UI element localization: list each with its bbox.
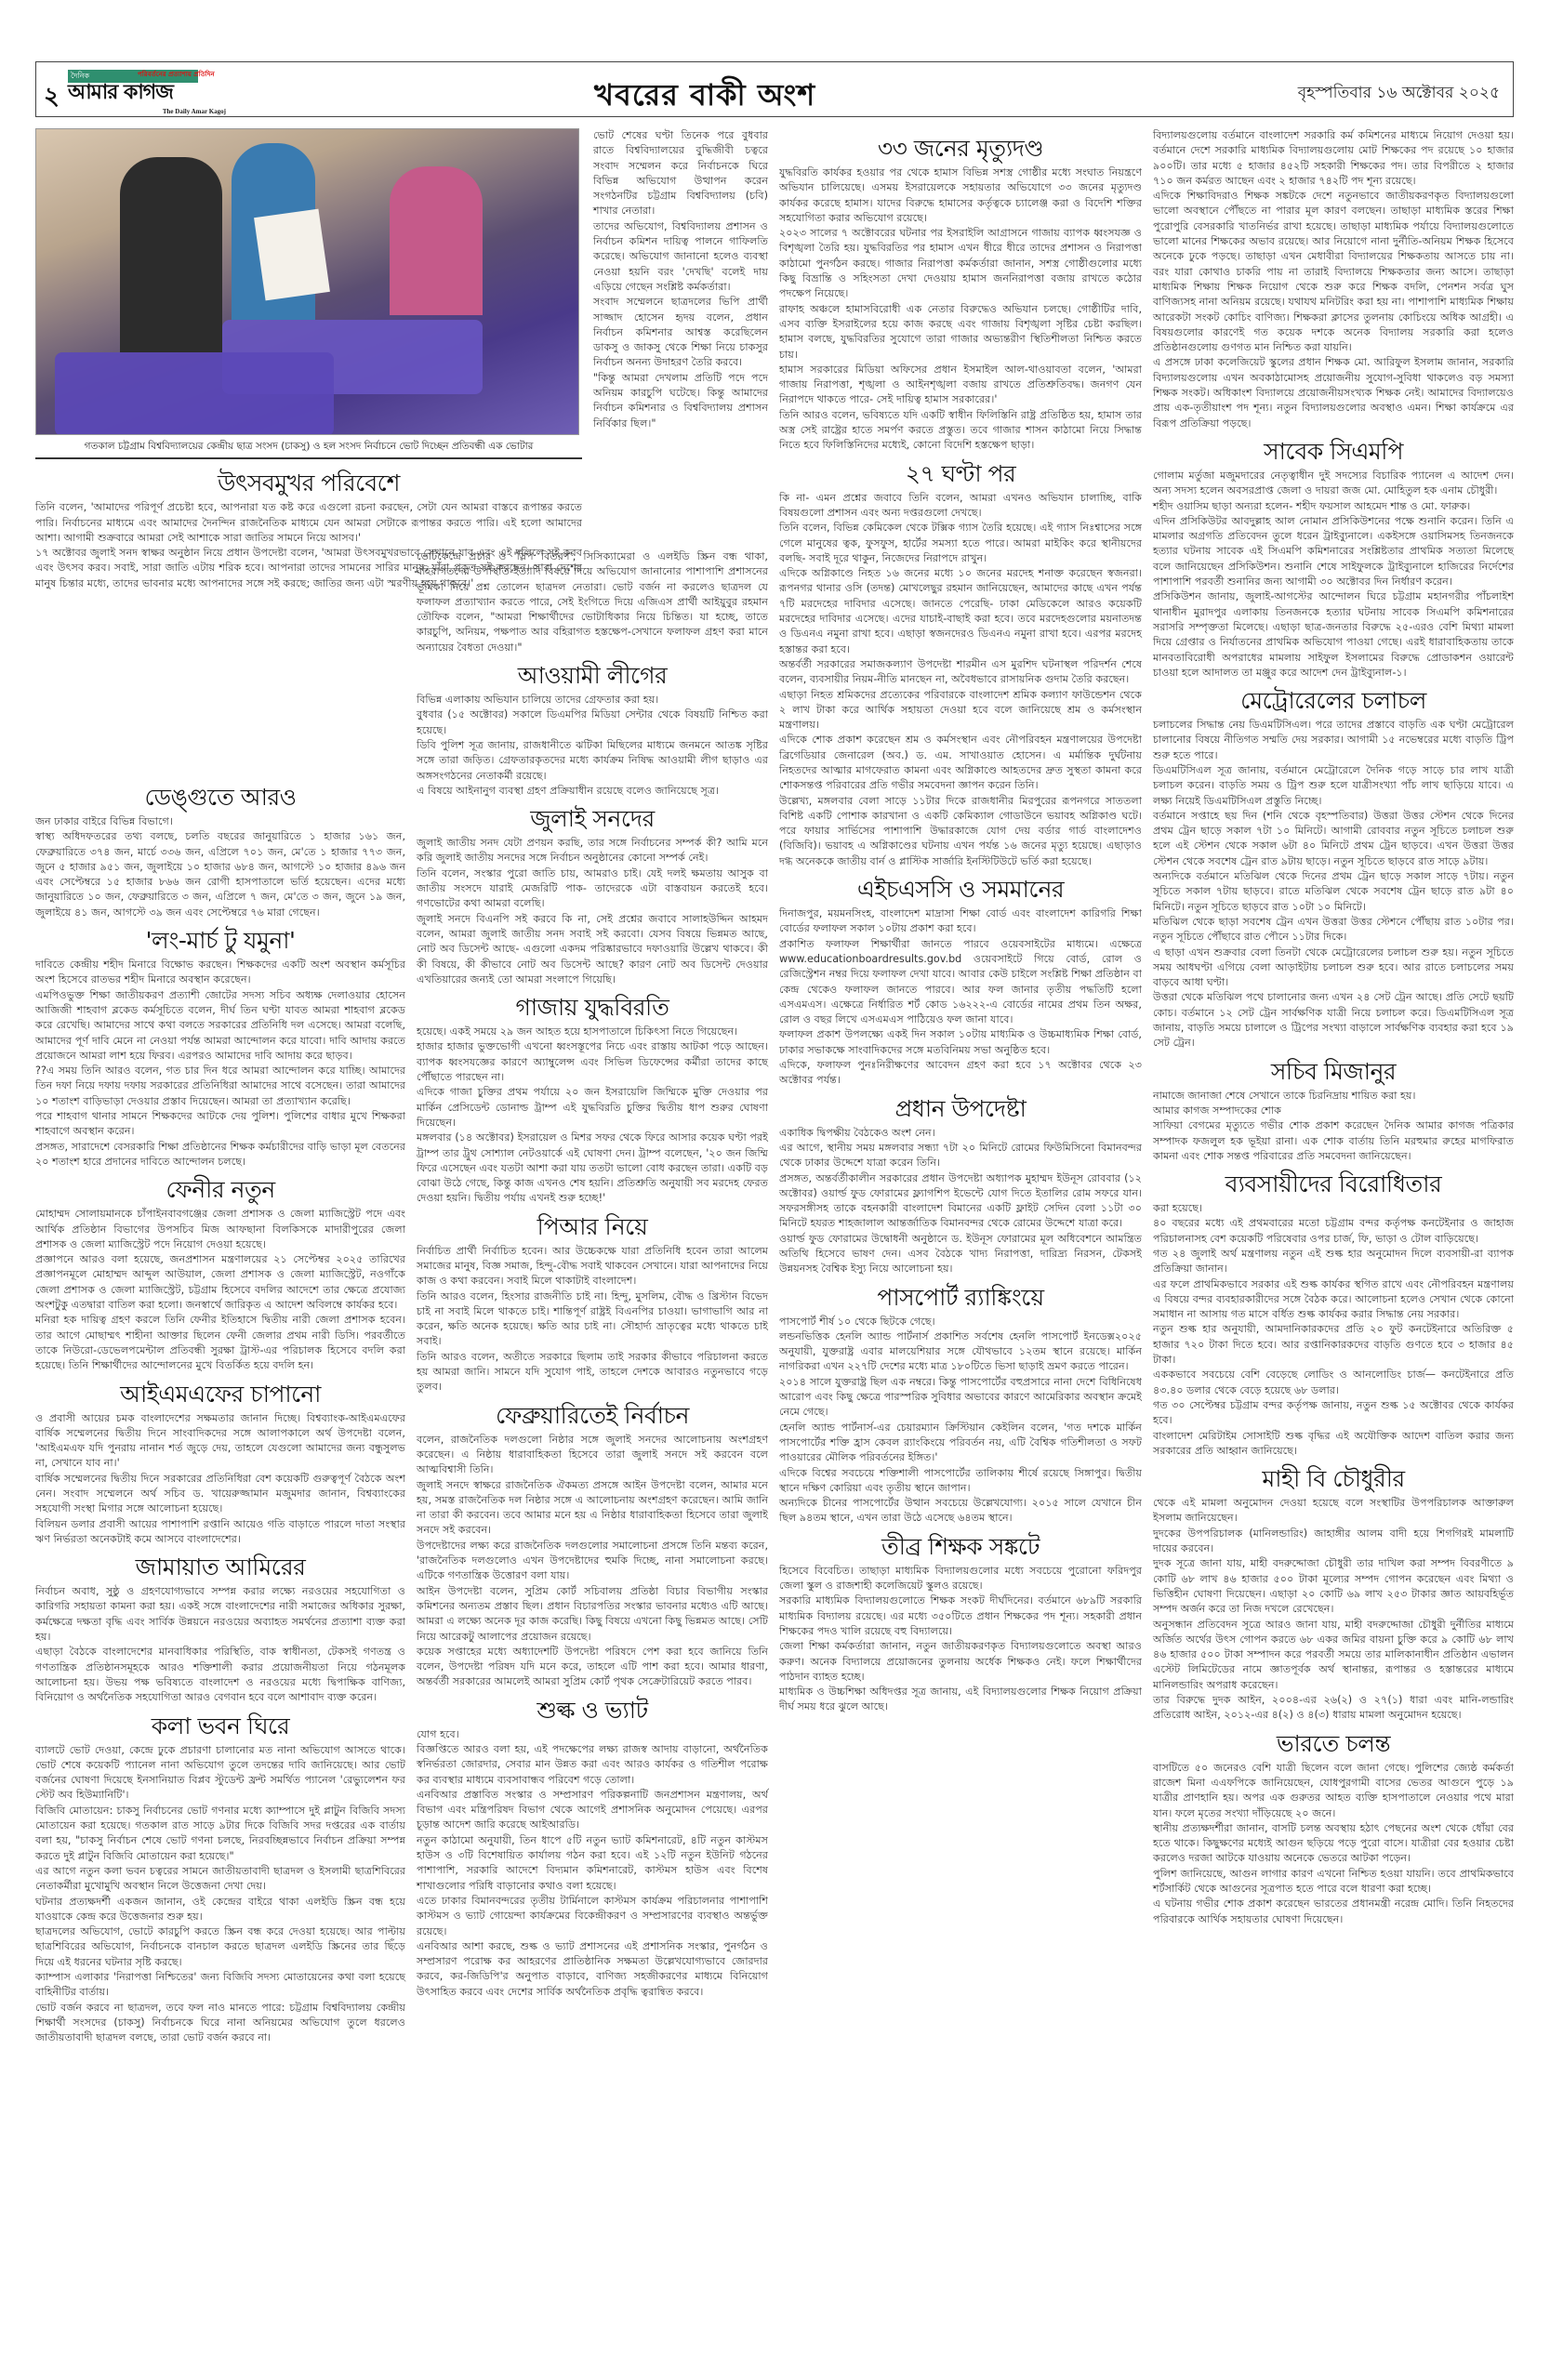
article-death-sentence[interactable]: ৩৩ জনের মৃত্যুদণ্ড যুদ্ধবিরতি কার্যকর হও…: [779, 134, 1142, 454]
photo-person-3: [390, 166, 483, 315]
paragraph: মঙ্গলবার (১৪ অক্টোবর) ইসরায়েল ও মিশর সফ…: [417, 1130, 768, 1206]
article-february-election[interactable]: ফেব্রুয়ারিতেই নির্বাচন বলেন, রাজনৈতিক দ…: [417, 1401, 768, 1690]
headline[interactable]: পাসপোর্ট র‌্যাঙ্কিংয়ে: [779, 1283, 1142, 1313]
paragraph: ২০১৪ সালে যুক্তরাষ্ট্র ছিল এক নম্বরে। কি…: [779, 1375, 1142, 1421]
paragraph: আইন উপদেষ্টা বলেন, সুপ্রিম কোর্ট সচিবালয…: [417, 1584, 768, 1645]
paragraph: তিনি আরও বলেন, অতীতে সরকারে ছিলাম তাই সর…: [417, 1350, 768, 1395]
paragraph: স্থানীয় প্রত্যক্ষদর্শীরা জানান, বাসটি চ…: [1153, 1821, 1514, 1867]
paragraph: থেকে এই মামলা অনুমোদন দেওয়া হয়েছে বলে …: [1153, 1496, 1514, 1527]
paragraph: এদিকে অগ্নিকাণ্ডে নিহত ১৬ জনের মধ্যে ১০ …: [779, 566, 1142, 657]
paragraph: নির্বাচিত প্রার্থী নির্বাচিত হবেন। আর উচ…: [417, 1244, 768, 1289]
paragraph: বাংলাদেশ মেরিটাইম সোসাইটি শুল্ক বৃদ্ধির …: [1153, 1429, 1514, 1460]
logo-tagline: পরিবর্তনের প্রত্যাশায় প্রতিদিন: [138, 69, 215, 80]
headline[interactable]: সাবেক সিএমপি: [1153, 437, 1514, 467]
article-pr[interactable]: পিআর নিয়ে নির্বাচিত প্রার্থী নির্বাচিত …: [417, 1212, 768, 1395]
paragraph: গত ২৪ জুলাই অর্থ মন্ত্রণালয় নতুন এই শুল…: [1153, 1247, 1514, 1277]
paragraph: এর আগে নতুন কলা ভবন চত্বরের সামনে জাতীয়…: [35, 1864, 405, 1895]
paragraph: বিভিন্ন এলাকায় অভিযান চালিয়ে তাদের গ্র…: [417, 693, 768, 707]
headline[interactable]: গাজায় যুদ্ধবিরতি: [417, 993, 768, 1023]
headline[interactable]: তীব্র শিক্ষক সঙ্কটে: [779, 1532, 1142, 1562]
paragraph: তিনি বলেন, বিভিন্ন কেমিকেল থেকে টক্সিক গ…: [779, 521, 1142, 566]
paragraph: তাদের অভিযোগ, বিশ্ববিদ্যালয় প্রশাসন ও ন…: [593, 219, 768, 295]
paragraph: প্রকাশিত ফলাফল শিক্ষার্থীরা জানতে পারবে …: [779, 937, 1142, 1028]
column-1-lower: ডেঙ্গুতে আরও জন ঢাকার বাইরে বিভিন্ন বিভা…: [35, 777, 405, 2051]
article-chief-adviser[interactable]: প্রধান উপদেষ্টা একাধিক দ্বিপক্ষীয় বৈঠকে…: [779, 1094, 1142, 1277]
photo-person-1: [120, 157, 222, 352]
paragraph: ভোটকেন্দ্রে প্রচার ও 'স্লিপ বিতরণ', সিসি…: [417, 549, 768, 655]
paragraph: তিনি বলেন, সংস্কার পুরো জাতি চায়, আমরাও…: [417, 866, 768, 912]
headline[interactable]: আওয়ামী লীগের: [417, 661, 768, 691]
article-india-bus[interactable]: ভারতে চলন্ত বাসটিতে ৫০ জনেরও বেশি যাত্রী…: [1153, 1729, 1514, 1927]
headline[interactable]: মাহী বি চৌধুরীর: [1153, 1464, 1514, 1494]
paragraph: যুদ্ধবিরতি কার্যকর হওয়ার পর থেকে হামাস …: [779, 165, 1142, 226]
paragraph: এদিকে শিক্ষাবিদরাও শিক্ষক সঙ্কটকে দেশে ন…: [1153, 189, 1514, 355]
paragraph: আমার কাগজ সম্পাদকের শোক: [1153, 1104, 1514, 1118]
article-hsc[interactable]: এইচএসসি ও সমমানের দিনাজপুর, ময়মনসিংহ, ব…: [779, 875, 1142, 1089]
paragraph: জেলা শিক্ষা কর্মকর্তারা জানান, নতুন জাতী…: [779, 1639, 1142, 1685]
paragraph: কয়েক সপ্তাহের মধ্যে অধ্যাদেশটি উপদেষ্টা…: [417, 1645, 768, 1690]
article-traders-opposition[interactable]: ব্যবসায়ীদের বিরোধিতার করা হয়েছে। ৪০ বছ…: [1153, 1170, 1514, 1459]
paragraph: হেনলি অ্যান্ড পার্টনার্স-এর চেয়ারম্যান …: [779, 1421, 1142, 1466]
photo-caption: গতকাল চট্টগ্রাম বিশ্ববিদ্যালয়ের কেন্দ্র…: [35, 435, 582, 459]
article-awami-league[interactable]: আওয়ামী লীগের বিভিন্ন এলাকায় অভিযান চাল…: [417, 661, 768, 799]
headline[interactable]: জুলাই সনদের: [417, 804, 768, 834]
article-former-cmp[interactable]: সাবেক সিএমপি গোলাম মর্তুজা মজুমদারের নেত…: [1153, 437, 1514, 681]
paragraph: এ প্রসঙ্গে ঢাকা কলেজিয়েট স্কুলের প্রধান…: [1153, 355, 1514, 430]
paragraph: এতে ঢাকার বিমানবন্দরের তৃতীয় টার্মিনালে…: [417, 1894, 768, 1939]
paragraph: জুলাই জাতীয় সনদ যেটা প্রণয়ন করছি, তার …: [417, 836, 768, 866]
paragraph: বর্তমানে সপ্তাহে ছয় দিন (শনি থেকে বৃহস্…: [1153, 809, 1514, 869]
paragraph: বাসটিতে ৫০ জনেরও বেশি যাত্রী ছিলেন বলে জ…: [1153, 1761, 1514, 1821]
page-title: খবরের বাকী অংশ: [594, 72, 815, 122]
headline[interactable]: প্রধান উপদেষ্টা: [779, 1094, 1142, 1124]
paragraph: ২০২৩ সালের ৭ অক্টোবরের ঘটনার পর ইসরাইলি …: [779, 226, 1142, 301]
paragraph: ভোট শেষের ঘণ্টা তিনেক পরে বুধবার রাতে বি…: [593, 128, 768, 219]
paragraph: নির্বাচন অবাধ, সুষ্ঠু ও গ্রহণযোগ্যভাবে স…: [35, 1584, 405, 1645]
paragraph: এর ফলে প্রাথমিকভাবে সরকার এই শুল্ক কার্য…: [1153, 1277, 1514, 1323]
article-jamaat[interactable]: জামায়াত আমিরের নির্বাচন অবাধ, সুষ্ঠু ও …: [35, 1553, 405, 1705]
paragraph: ভোট বর্জন করবে না ছাত্রদল, তবে ফল নাও মা…: [35, 2001, 405, 2046]
paragraph: ৪০ বছরের মধ্যে এই প্রথমবারের মতো চট্টগ্র…: [1153, 1216, 1514, 1247]
paragraph: লন্ডনভিত্তিক হেনলি অ্যান্ড পার্টনার্স প্…: [779, 1329, 1142, 1375]
headline[interactable]: ফেব্রুয়ারিতেই নির্বাচন: [417, 1401, 768, 1431]
paragraph: এদিকে, ফলাফল পুনঃনিরীক্ষণের আবেদন গ্রহণ …: [779, 1058, 1142, 1089]
paragraph: সরকারি মাধ্যমিক বিদ্যালয়গুলোতে শিক্ষক স…: [779, 1593, 1142, 1639]
column-1: গতকাল চট্টগ্রাম বিশ্ববিদ্যালয়ের কেন্দ্র…: [35, 128, 582, 597]
paragraph: তিনি বলেন, 'আমাদের পরিপূর্ণ প্রচেষ্টা হব…: [35, 500, 582, 546]
paragraph: ব্যালটে ভোট দেওয়া, কেন্দ্রে ঢুকে প্রচার…: [35, 1743, 405, 1804]
paragraph: অন্যদিকে বর্তমানে মতিঝিল থেকে দিনের প্রথ…: [1153, 869, 1514, 915]
paragraph: নামাজে জানাজা শেষে সেখানে তাকে চিরনিদ্রা…: [1153, 1089, 1514, 1104]
masthead: ২ দৈনিক পরিবর্তনের প্রত্যাশায় প্রতিদিন …: [35, 61, 1514, 117]
paragraph: তিনি আরও বলেন, ভবিষ্যতে যদি একটি স্বাধীন…: [779, 408, 1142, 454]
article-duty-vat[interactable]: শুল্ক ও ভ্যাট যোগ হবে। বিজ্ঞপ্তিতে আরও ব…: [417, 1696, 768, 2000]
paragraph: অন্তর্বর্তী সরকারের সমাজকল্যাণ উপদেষ্টা …: [779, 657, 1142, 688]
article-teacher-crisis-continued[interactable]: বিদ্যালয়গুলোয় বর্তমানে বাংলাদেশ সরকারি…: [1153, 128, 1514, 431]
paragraph: এছাড়া বৈঠকে বাংলাদেশের মানবাধিকার পরিস্…: [35, 1645, 405, 1705]
column-3: ৩৩ জনের মৃত্যুদণ্ড যুদ্ধবিরতি কার্যকর হও…: [779, 128, 1142, 1721]
paragraph: এ বিষয়ে আইনানুগ ব্যবস্থা গ্রহণ প্রক্রিয…: [417, 784, 768, 799]
headline[interactable]: ২৭ ঘণ্টা পর: [779, 459, 1142, 489]
paragraph: এ ঘটনায় গভীর শোক প্রকাশ করেছেন ভারতের প…: [1153, 1897, 1514, 1927]
paragraph: এদিকে শোক প্রকাশ করেছেন শ্রম ও কর্মসংস্থ…: [779, 733, 1142, 793]
paragraph: চলাচলের সিদ্ধান্ত নেয় ডিএমটিসিএল। পরে ত…: [1153, 718, 1514, 763]
paragraph: এনবিআর আশা করছে, শুল্ক ও ভ্যাট প্রশাসনের…: [417, 1939, 768, 2000]
paragraph: এ ছাড়া এখন শুক্রবার বেলা তিনটা থেকে মেট…: [1153, 945, 1514, 991]
paragraph: নতুন কাঠামো অনুযায়ী, তিন ধাপে ৫টি নতুন …: [417, 1833, 768, 1894]
paragraph: এছাড়া নিহত শ্রমিকদের প্রত্যেকের পরিবারক…: [779, 688, 1142, 734]
headline[interactable]: উৎসবমুখর পরিবেশে: [35, 469, 582, 498]
logo-name: আমার কাগজ: [68, 83, 254, 103]
headline[interactable]: পিআর নিয়ে: [417, 1212, 768, 1242]
paragraph: ক্যাম্পাস এলাকার 'নিরাপত্তা নিশ্চিতের' জ…: [35, 1970, 405, 2001]
page-number: ২: [44, 77, 60, 118]
article-long-march[interactable]: 'লং-মার্চ টু যমুনা' দাবিতে কেন্দ্রীয় শহ…: [35, 926, 405, 1170]
paragraph: প্রসঙ্গত, অন্তর্বর্তীকালীন সরকারের প্রধা…: [779, 1171, 1142, 1232]
paragraph: মনিরা হক দায়িত্ব গ্রহণ করলে তিনি ফেনীর …: [35, 1313, 405, 1373]
paragraph: এনবিআর প্রস্তাবিত সংস্কার ও সম্প্রসারণ প…: [417, 1788, 768, 1833]
paragraph: ওয়ার্ল্ড ফুড ফোরামের উদ্বোধনী অনুষ্ঠানে…: [779, 1232, 1142, 1277]
headline[interactable]: ৩৩ জনের মৃত্যুদণ্ড: [779, 134, 1142, 164]
paragraph: সংবাদ সম্মেলনে ছাত্রদলের ভিপি প্রার্থী স…: [593, 295, 768, 370]
article-imf[interactable]: আইএমএফের চাপানো ও প্রবাসী আয়ের চমক বাংল…: [35, 1380, 405, 1548]
article-27-hours[interactable]: ২৭ ঘণ্টা পর কি না- এমন প্রশ্নের জবাবে তি…: [779, 459, 1142, 869]
paragraph: ডিবি পুলিশ সূত্র জানায়, রাজধানীতে ঝটিকা…: [417, 738, 768, 784]
paragraph: হয়েছে। একই সময়ে ২৯ জন আহত হয়ে হাসপাতা…: [417, 1025, 768, 1039]
paragraph: বিদ্যালয়গুলোয় বর্তমানে বাংলাদেশ সরকারি…: [1153, 128, 1514, 189]
paragraph: পুলিশ জানিয়েছে, আগুন লাগার কারণ এখনো নি…: [1153, 1867, 1514, 1897]
article-chhatradal-continued[interactable]: ভোটকেন্দ্রে প্রচার ও 'স্লিপ বিতরণ', সিসি…: [417, 549, 768, 655]
paragraph: প্রসিকিউশন জানায়, জুলাই-আগস্টের আন্দোলন…: [1153, 589, 1514, 681]
paragraph: শহীদ ওয়াসিম ছাড়া অন্যরা হলেন- শহীদ ফয়…: [1153, 499, 1514, 514]
paragraph: জুলাই সনদে বিএনপি সই করবে কি না, সেই প্র…: [417, 912, 768, 987]
paragraph: এদিকে গাজা চুক্তির প্রথম পর্যায়ে ২০ জন …: [417, 1085, 768, 1130]
paragraph: এদিকে বিশ্বের সবচেয়ে শক্তিশালী পাসপোর্ট…: [779, 1466, 1142, 1497]
paragraph: বার্ষিক সম্মেলনের দ্বিতীয় দিনে সরকারের …: [35, 1472, 405, 1517]
paragraph: এককভাবে সবচেয়ে বেশি বেড়েছে লোডিং ও আনল…: [1153, 1368, 1514, 1398]
paragraph: ডিএমটিসিএল সূত্র জানায়, বর্তমানে মেট্রো…: [1153, 763, 1514, 809]
article-passport[interactable]: পাসপোর্ট র‌্যাঙ্কিংয়ে পাসপোর্ট শীর্ষ ১০…: [779, 1283, 1142, 1527]
paragraph: স্বাস্থ্য অধিদফতরের তথ্য বলছে, চলতি বছরে…: [35, 829, 405, 920]
article-mahi-b-chowdhury[interactable]: মাহী বি চৌধুরীর থেকে এই মামলা অনুমোদন দে…: [1153, 1464, 1514, 1723]
photo-ballot-paper: [254, 209, 330, 301]
article-feni[interactable]: ফেনীর নতুন মোহাম্মদ সোলায়মানকে চাঁপাইনব…: [35, 1175, 405, 1373]
paragraph: উত্তরা থেকে মতিঝিল পথে চালানোর জন্য এখন …: [1153, 990, 1514, 1051]
headline[interactable]: মেট্রোরেলের চলাচল: [1153, 686, 1514, 716]
paragraph: দুদকের উপপরিচালক (মানিলন্ডারিং) জাহাঙ্গী…: [1153, 1527, 1514, 1557]
paragraph: হামাস সরকারের মিডিয়া অফিসের প্রধান ইসমা…: [779, 363, 1142, 408]
paragraph: ছাত্রদলের অভিযোগ, ভোটে কারচুপি করতে স্ক্…: [35, 1924, 405, 1970]
article-july-charter[interactable]: জুলাই সনদের জুলাই জাতীয় সনদ যেটা প্রণয়…: [417, 804, 768, 987]
headline[interactable]: আইএমএফের চাপানো: [35, 1380, 405, 1409]
article-secretary-mizanur[interactable]: সচিব মিজানুর নামাজে জানাজা শেষে সেখানে ত…: [1153, 1057, 1514, 1164]
paragraph: কি না- এমন প্রশ্নের জবাবে তিনি বলেন, আমর…: [779, 491, 1142, 522]
paragraph: প্রসঙ্গত, সারাদেশে বেসরকারি শিক্ষা প্রতি…: [35, 1140, 405, 1170]
article-dengue[interactable]: ডেঙ্গুতে আরও জন ঢাকার বাইরে বিভিন্ন বিভা…: [35, 783, 405, 920]
article-kola-bhobon[interactable]: কলা ভবন ঘিরে ব্যালটে ভোট দেওয়া, কেন্দ্র…: [35, 1712, 405, 2046]
paragraph: মোহাম্মদ সোলায়মানকে চাঁপাইনবাবগঞ্জের জে…: [35, 1207, 405, 1252]
paragraph: যোগ হবে।: [417, 1727, 768, 1742]
paragraph: ও প্রবাসী আয়ের চমক বাংলাদেশের সক্ষমতার …: [35, 1411, 405, 1472]
article-teacher-crisis[interactable]: তীব্র শিক্ষক সঙ্কটে হিসেবে বিবেচিত। তাছা…: [779, 1532, 1142, 1715]
paragraph: গত ৩০ সেপ্টেম্বর চট্টগ্রাম বন্দর কর্তৃপক…: [1153, 1398, 1514, 1429]
paragraph: অন্যদিকে চীনের পাসপোর্টের উত্থান সবচেয়ে…: [779, 1496, 1142, 1527]
newspaper-logo[interactable]: দৈনিক পরিবর্তনের প্রত্যাশায় প্রতিদিন আম…: [68, 70, 254, 112]
photo-side-column: ভোট শেষের ঘণ্টা তিনেক পরে বুধবার রাতে বি…: [593, 128, 768, 431]
headline[interactable]: জামায়াত আমিরের: [35, 1553, 405, 1582]
headline[interactable]: সচিব মিজানুর: [1153, 1057, 1514, 1087]
paragraph: এদিন প্রসিকিউটর আবদুল্লাহ আল নোমান প্রসি…: [1153, 514, 1514, 589]
lead-photo-figure: গতকাল চট্টগ্রাম বিশ্ববিদ্যালয়ের কেন্দ্র…: [35, 128, 582, 459]
paragraph: ঘটনার প্রত্যক্ষদর্শী একজন জানান, ওই কেন্…: [35, 1895, 405, 1925]
headline[interactable]: এইচএসসি ও সমমানের: [779, 875, 1142, 905]
paragraph: দিনাজপুর, ময়মনসিংহ, বাংলাদেশ মাদ্রাসা শ…: [779, 906, 1142, 937]
paragraph: অনুসন্ধান প্রতিবেদন সূত্রে আরও জানা যায়…: [1153, 1618, 1514, 1693]
headline[interactable]: ব্যবসায়ীদের বিরোধিতার: [1153, 1170, 1514, 1199]
article-gaza-ceasefire[interactable]: গাজায় যুদ্ধবিরতি হয়েছে। একই সময়ে ২৯ জ…: [417, 993, 768, 1207]
paragraph: হাজার হাজার ভুক্তভোগী এখনো ধ্বংসস্তূপের …: [417, 1039, 768, 1085]
paragraph: পাসপোর্ট শীর্ষ ১০ থেকে ছিটকে গেছে।: [779, 1315, 1142, 1329]
newspaper-page: ২ দৈনিক পরিবর্তনের প্রত্যাশায় প্রতিদিন …: [35, 61, 1514, 2367]
paragraph: এমপিওভুক্ত শিক্ষা জাতীয়করণ প্রত্যাশী জো…: [35, 988, 405, 1064]
paragraph: জন ঢাকার বাইরে বিভিন্ন বিভাগে।: [35, 814, 405, 829]
publication-date: বৃহস্পতিবার ১৬ অক্টোবর ২০২৫: [1298, 81, 1500, 107]
paragraph: সাফিয়া বেগমের মৃত্যুতে গভীর শোক প্রকাশ …: [1153, 1118, 1514, 1164]
paragraph: তিনি আরও বলেন, হিংসার রাজনীতি চাই না। হি…: [417, 1289, 768, 1350]
paragraph: বিজিবি মোতায়েন: চাকসু নির্বাচনের ভোট গণ…: [35, 1804, 405, 1864]
paragraph: করা হয়েছে।: [1153, 1201, 1514, 1216]
paragraph: একাধিক দ্বিপক্ষীয় বৈঠকেও অংশ নেন।: [779, 1126, 1142, 1141]
photo-ballot-box: [55, 352, 334, 435]
paragraph: বলেন, রাজনৈতিক দলগুলো নিষ্ঠার সঙ্গে জুলা…: [417, 1433, 768, 1478]
logo-english: The Daily Amar Kagoj: [163, 108, 226, 115]
paragraph: ফলাফল প্রকাশ উপলক্ষ্যে একই দিন সকাল ১০টা…: [779, 1027, 1142, 1058]
column-2: ভোটকেন্দ্রে প্রচার ও 'স্লিপ বিতরণ', সিসি…: [417, 549, 768, 2005]
paragraph: ??এ সময় তিনি আরও বলেন, গত চার দিন ধরে আ…: [35, 1064, 405, 1109]
paragraph: রাফাহ অঞ্চলে হামাসবিরোধী এক নেতার বিরুদ্…: [779, 302, 1142, 363]
headline[interactable]: ডেঙ্গুতে আরও: [35, 783, 405, 813]
paragraph: মতিঝিল থেকে ছাড়া সবশেষ ট্রেন এখন উত্তরা…: [1153, 915, 1514, 945]
paragraph: দুদক সূত্রে জানা যায়, মাহী বদরুদ্দোজা চ…: [1153, 1556, 1514, 1617]
paragraph: উল্লেখ্য, মঙ্গলবার বেলা সাড়ে ১১টার দিকে…: [779, 794, 1142, 869]
article-metro-rail[interactable]: মেট্রোরেলের চলাচল চলাচলের সিদ্ধান্ত নেয়…: [1153, 686, 1514, 1051]
paragraph: নতুন শুল্ক হার অনুযায়ী, আমদানিকারকদের প…: [1153, 1322, 1514, 1368]
paragraph: মাধ্যমিক ও উচ্চশিক্ষা অধিদপ্তর সূত্র জান…: [779, 1685, 1142, 1715]
paragraph: বিলিয়ন ডলার প্রবাসী আয়ের পাশাপাশি রপ্ত…: [35, 1517, 405, 1548]
paragraph: বুধবার (১৫ অক্টোবর) সকালে ডিএমপির মিডিয়…: [417, 707, 768, 738]
column-4: বিদ্যালয়গুলোয় বর্তমানে বাংলাদেশ সরকারি…: [1153, 128, 1514, 1933]
paragraph: উপদেষ্টাদের লক্ষ্য করে রাজনৈতিক দলগুলোর …: [417, 1539, 768, 1584]
paragraph: "কিন্তু আমরা দেখলাম প্রতিটি পদে পদে অনিয…: [593, 371, 768, 431]
headline[interactable]: কলা ভবন ঘিরে: [35, 1712, 405, 1741]
paragraph: দাবিতে কেন্দ্রীয় শহীদ মিনারে বিক্ষোভ কর…: [35, 958, 405, 988]
paragraph: জুলাই সনদে স্বাক্ষরে রাজনৈতিক ঐকমত্য প্র…: [417, 1478, 768, 1539]
headline[interactable]: 'লং-মার্চ টু যমুনা': [35, 926, 405, 956]
paragraph: প্রজ্ঞাপনে আরও বলা হয়েছে, জনপ্রশাসন মন্…: [35, 1252, 405, 1313]
lead-photo[interactable]: [35, 128, 579, 435]
headline[interactable]: ফেনীর নতুন: [35, 1175, 405, 1205]
headline[interactable]: শুল্ক ও ভ্যাট: [417, 1696, 768, 1725]
paragraph: এর আগে, স্থানীয় সময় মঙ্গলবার সন্ধ্যা ৭…: [779, 1141, 1142, 1171]
headline[interactable]: ভারতে চলন্ত: [1153, 1729, 1514, 1759]
paragraph: হিসেবে বিবেচিত। তাছাড়া মাধ্যমিক বিদ্যাল…: [779, 1564, 1142, 1594]
paragraph: পরে শাহবাগ থানার সামনে শিক্ষকদের আটকে দে…: [35, 1109, 405, 1140]
paragraph: তার বিরুদ্ধে দুদক আইন, ২০০৪-এর ২৬(২) ও ২…: [1153, 1693, 1514, 1724]
paragraph: গোলাম মর্তুজা মজুমদারের নেতৃত্বাধীন দুই …: [1153, 469, 1514, 499]
paragraph: বিজ্ঞপ্তিতে আরও বলা হয়, এই পদক্ষেপের লক…: [417, 1742, 768, 1788]
